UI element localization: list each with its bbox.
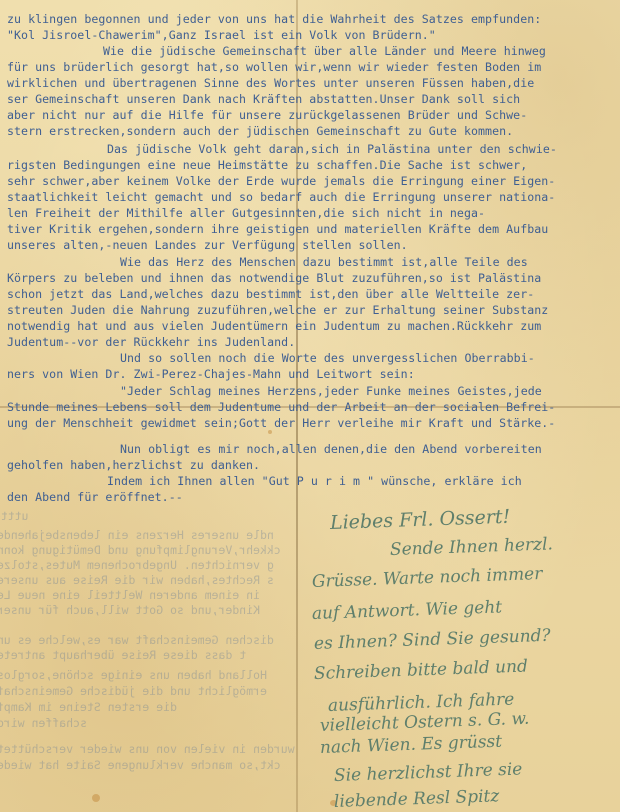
typed-line: tiver Kritik ergehen,sondern ihre geisti… — [7, 222, 548, 236]
typed-line: "Kol Jisroel-Chawerim",Ganz Israel ist e… — [7, 28, 436, 42]
bleed-line: ermöglicht und die jüdische Gemeinschaft — [0, 684, 267, 698]
typed-line: Stunde meines Lebens soll dem Judentume … — [7, 400, 555, 414]
typed-line: Körpers zu beleben und ihnen das notwend… — [7, 271, 541, 285]
bleed-line: Kinder,und so Gott will,auch für unsere — [0, 603, 260, 617]
typed-line: ser Gemeinschaft unseren Dank nach Kräft… — [7, 92, 520, 106]
typed-line: Judentum--vor der Rückkehr ins Judenland… — [7, 335, 295, 349]
bleed-line: g vernichten. Ungebrochenem Mutes,stolze… — [0, 558, 274, 572]
typed-line: len Freiheit der Mithilfe aller Gutgesin… — [7, 206, 485, 220]
typed-line: schon jetzt das Land,welches dazu bestim… — [7, 287, 534, 301]
typed-line: Indem ich Ihnen allen "Gut P u r i m " w… — [107, 474, 522, 488]
typed-line: "Jeder Schlag meines Herzens,jeder Funke… — [120, 384, 542, 398]
typed-line: staatlichkeit leicht gemacht und so beda… — [7, 190, 555, 204]
bleed-line: die ersten Steine im Kampfe — [0, 700, 177, 714]
typed-line: unseres alten,-neuen Landes zur Verfügun… — [7, 238, 408, 252]
bleed-line: ckkehr,Verunglimpfung und Demütigung kon… — [0, 543, 281, 557]
typed-line: streuten Juden die Nahrung zuzuführen,we… — [7, 303, 548, 317]
typed-line: sehr schwer,aber keinem Volke der Erde w… — [7, 174, 555, 188]
typed-line: ung der Menschheit gewidmet sein;Gott de… — [7, 416, 555, 430]
bleed-line: dischen Gemeinschaft war es,welche es un… — [0, 633, 274, 647]
bleed-line: wurden in vielen von uns wieder verschüt… — [0, 742, 295, 756]
typed-line: geholfen haben,herzlichst zu danken. — [7, 458, 260, 472]
typed-line: Wie die jüdische Gemeinschaft über alle … — [103, 44, 546, 58]
bleed-line: schaffen wird. — [0, 716, 87, 730]
bleed-line: t dass diese Reise überhaupt antreten — [0, 648, 246, 662]
bleed-line: s Rechtes,haben wir die Reise aus unsere… — [0, 573, 274, 587]
typed-line: Wie das Herz des Menschen dazu bestimmt … — [120, 255, 528, 269]
typed-line: für uns brüderlich gesorgt hat,so wollen… — [7, 60, 541, 74]
typed-line: zu klingen begonnen und jeder von uns ha… — [7, 12, 541, 26]
bleed-line: ckt,so manche verklungene Saite hat wied… — [0, 758, 281, 772]
typed-line: rigsten Bedingungen eine neue Heimstätte… — [7, 158, 527, 172]
typed-line: wirklichen und übertragenen Sinne des Wo… — [7, 76, 534, 90]
typed-line: den Abend für eröffnet.-- — [7, 490, 183, 504]
typed-line: aber nicht nur auf die Hilfe für unsere … — [7, 108, 527, 122]
bleed-line: in einem anderen Weltteil eine neue Le- — [0, 588, 260, 602]
bleed-line: Holland haben uns einige schöne,sorglose — [0, 668, 267, 682]
bleed-line: ndle unseres Herzens ein lebensbejahende… — [0, 528, 274, 542]
typed-line: notwendig hat und aus vielen Judentümern… — [7, 319, 541, 333]
typed-line: ners von Wien Dr. Zwi-Perez-Chajes-Mahn … — [7, 367, 415, 381]
bleed-line: uttten. — [0, 509, 28, 523]
typed-line: Und so sollen noch die Worte des unverge… — [120, 351, 535, 365]
typed-line: Nun obligt es mir noch,allen denen,die d… — [120, 442, 542, 456]
typed-line: Das jüdische Volk geht daran,sich in Pal… — [107, 142, 557, 156]
typed-line: stern erstrecken,sondern auch der jüdisc… — [7, 124, 513, 138]
